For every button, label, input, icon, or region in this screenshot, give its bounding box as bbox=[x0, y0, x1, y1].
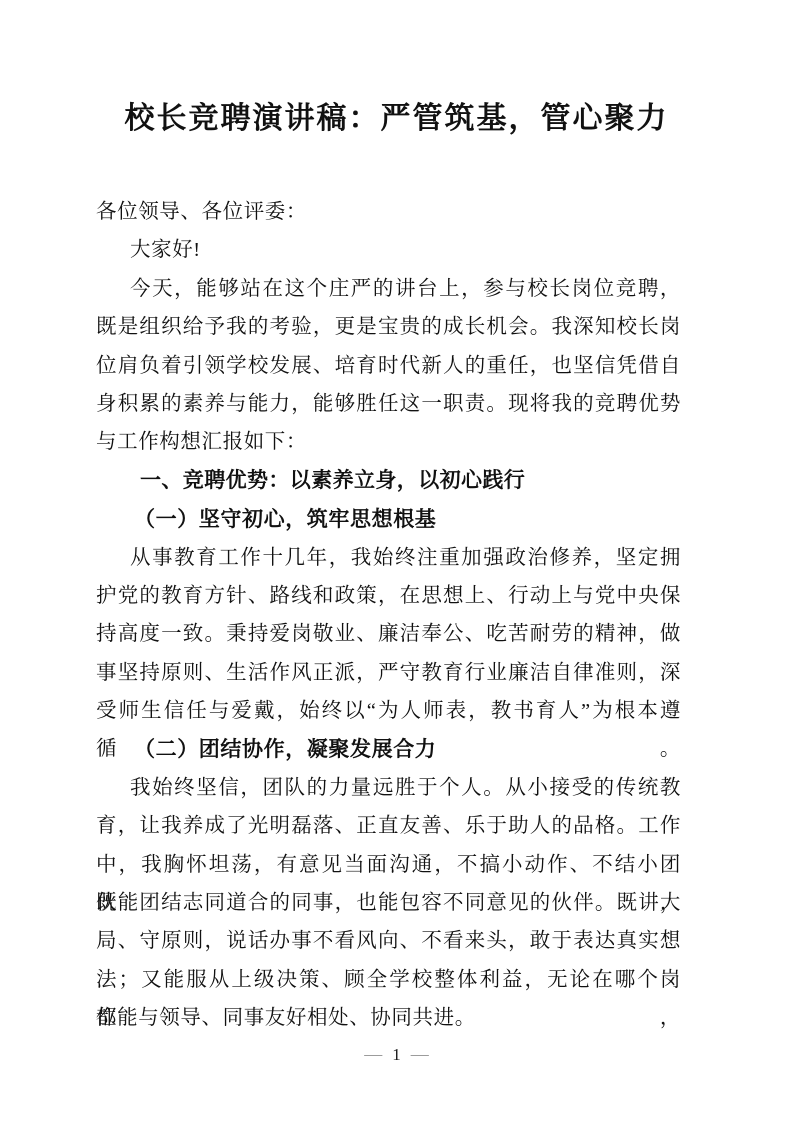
body-line: 受师生信任与爱戴，始终以“为人师表，教书育人”为根本遵循。 bbox=[96, 692, 681, 730]
page-number: 1 bbox=[392, 1045, 401, 1064]
body-line: 与工作构想汇报如下： bbox=[96, 423, 681, 461]
body-line: 今天，能够站在这个庄严的讲台上，参与校长岗位竞聘， bbox=[96, 270, 681, 308]
body-line: 位肩负着引领学校发展、培育时代新人的重任，也坚信凭借自 bbox=[96, 347, 681, 385]
body-line: 法；又能服从上级决策、顾全学校整体利益，无论在哪个岗位， bbox=[96, 961, 681, 999]
body-line: 中，我胸怀坦荡，有意见当面沟通，不搞小动作、不结小团伙， bbox=[96, 846, 681, 884]
body-line: 各位领导、各位评委： bbox=[96, 193, 681, 231]
body-line: 育，让我养成了光明磊落、正直友善、乐于助人的品格。工作 bbox=[96, 807, 681, 845]
body-line: 既能团结志同道合的同事，也能包容不同意见的伙伴。既讲大 bbox=[96, 884, 681, 922]
body-line: 既是组织给予我的考验，更是宝贵的成长机会。我深知校长岗 bbox=[96, 308, 681, 346]
page-footer: —1— bbox=[0, 1042, 793, 1067]
footer-dash-left: — bbox=[364, 1044, 382, 1064]
body-line: 从事教育工作十几年，我始终注重加强政治修养，坚定拥 bbox=[96, 539, 681, 577]
document-title: 校长竞聘演讲稿：严管筑基，管心聚力 bbox=[100, 98, 693, 140]
footer-dash-right: — bbox=[411, 1044, 429, 1064]
heading-1: 一、竞聘优势：以素养立身，以初心践行 bbox=[96, 462, 681, 500]
body-line: 持高度一致。秉持爱岗敬业、廉洁奉公、吃苦耐劳的精神，做 bbox=[96, 615, 681, 653]
document-page: 校长竞聘演讲稿：严管筑基，管心聚力 各位领导、各位评委：大家好!今天，能够站在这… bbox=[0, 0, 793, 1122]
body-line: 事坚持原则、生活作风正派，严守教育行业廉洁自律准则，深 bbox=[96, 654, 681, 692]
body-line: 身积累的素养与能力，能够胜任这一职责。现将我的竞聘优势 bbox=[96, 385, 681, 423]
document-body: 各位领导、各位评委：大家好!今天，能够站在这个庄严的讲台上，参与校长岗位竞聘，既… bbox=[96, 193, 681, 1038]
body-line: 局、守原则，说话办事不看风向、不看来头，敢于表达真实想 bbox=[96, 922, 681, 960]
body-line: 护党的教育方针、路线和政策，在思想上、行动上与党中央保 bbox=[96, 577, 681, 615]
body-line: 大家好! bbox=[96, 231, 681, 269]
heading-2: （一）坚守初心，筑牢思想根基 bbox=[96, 500, 681, 538]
body-line: 我始终坚信，团队的力量远胜于个人。从小接受的传统教 bbox=[96, 769, 681, 807]
